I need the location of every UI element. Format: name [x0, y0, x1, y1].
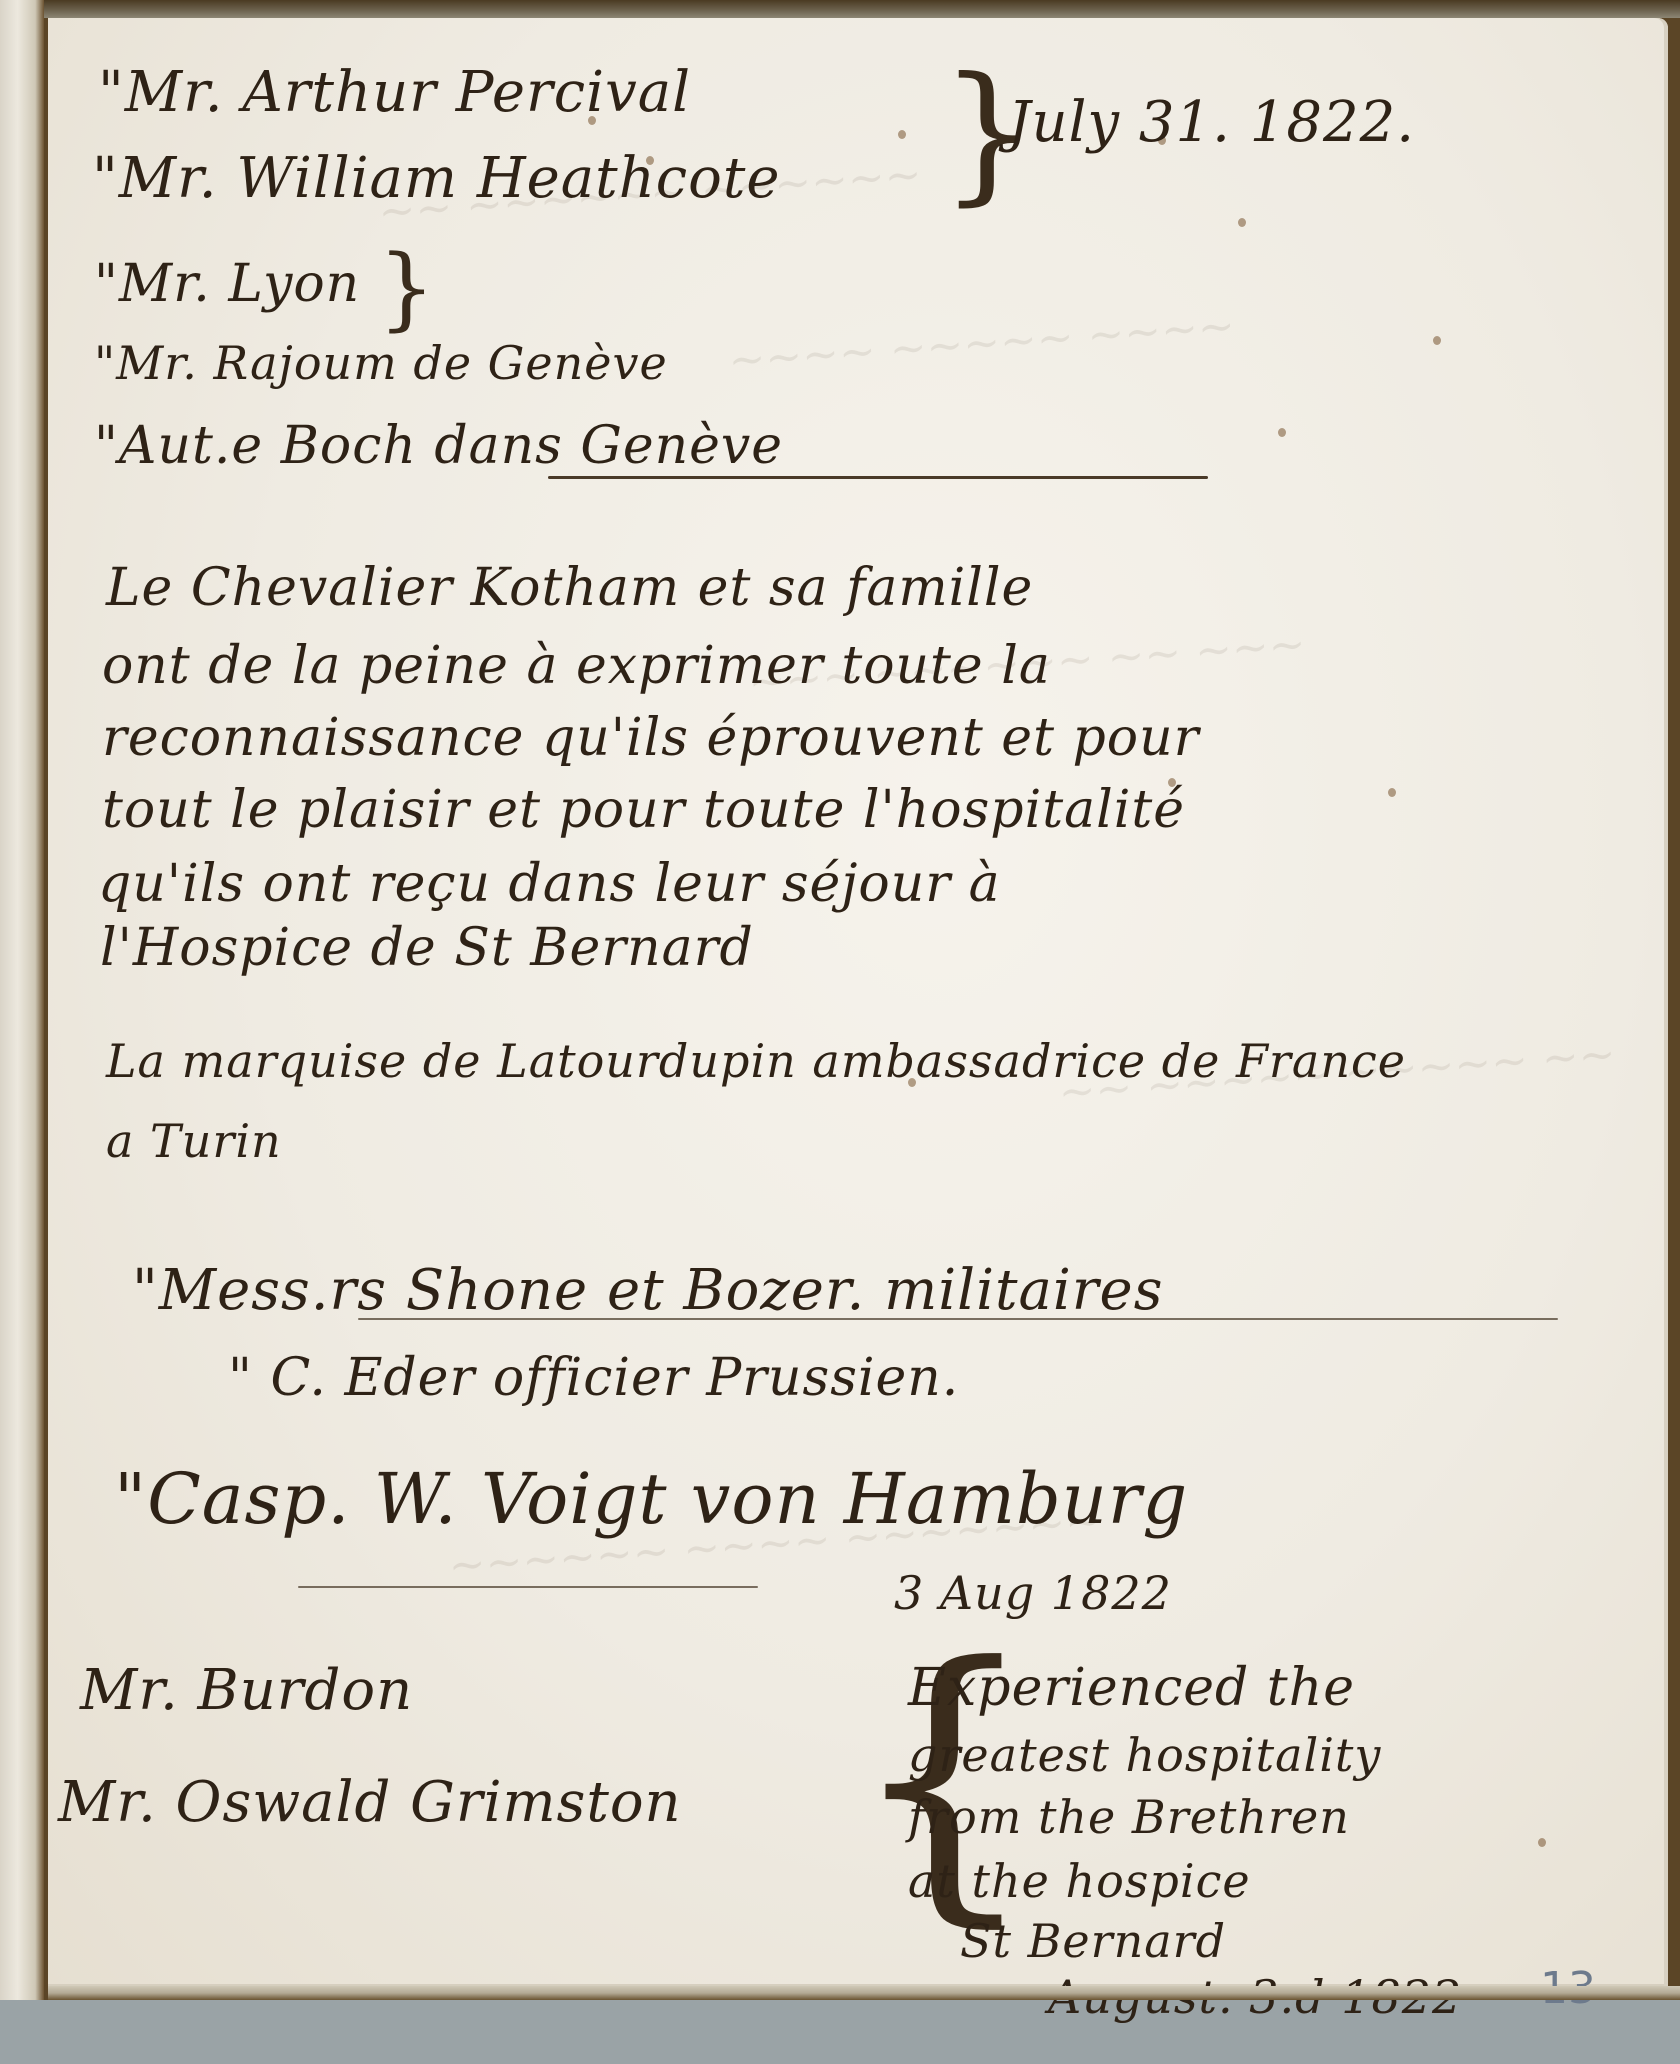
bleed-through-text: ~~~~ ~~~~~ ~~~~ — [727, 300, 1237, 386]
note-line: Experienced the — [908, 1658, 1355, 1718]
entry-line: " C. Eder officier Prussien. — [228, 1348, 959, 1408]
brace-icon: } — [378, 244, 435, 334]
note-line: at the hospice — [908, 1854, 1251, 1908]
underline-rule — [548, 476, 1208, 479]
manuscript-page: ~~ ~~~~~~ ~~~~~~ ~~~~ ~~~~~ ~~~~ ~~~ ~~~… — [48, 18, 1668, 1990]
page-bottom-edge — [48, 1986, 1680, 2000]
entry-line: "Mr. Lyon — [94, 254, 360, 314]
entry-line: "Mr. Rajoum de Genève — [94, 336, 668, 390]
ink-spot — [1538, 1838, 1546, 1847]
entry-line: Mr. Oswald Grimston — [58, 1770, 682, 1835]
underline-rule — [358, 1318, 1558, 1320]
entry-line: "Casp. W. Voigt von Hamburg — [114, 1458, 1188, 1540]
entry-line: "Aut.e Boch dans Genève — [94, 416, 783, 476]
note-line: l'Hospice de St Bernard — [100, 918, 754, 978]
note-line: La marquise de Latourdupin ambassadrice … — [106, 1034, 1406, 1088]
entry-date: July 31. 1822. — [1008, 90, 1415, 155]
page-top-edge — [44, 0, 1680, 18]
underline-rule — [298, 1586, 758, 1588]
entry-line: "Mr. Arthur Percival — [98, 60, 691, 125]
note-line: tout le plaisir et pour toute l'hospital… — [102, 780, 1185, 840]
entry-line: "Mr. William Heathcote — [92, 146, 780, 211]
note-line: from the Brethren — [908, 1790, 1350, 1844]
ink-spot — [1238, 218, 1246, 227]
note-line: St Bernard — [960, 1914, 1226, 1968]
note-line: qu'ils ont reçu dans leur séjour à — [98, 854, 1001, 914]
note-line: ont de la peine à exprimer toute la — [102, 636, 1051, 696]
note-line: Le Chevalier Kotham et sa famille — [106, 558, 1033, 618]
ink-spot — [898, 130, 906, 139]
ink-spot — [1388, 788, 1396, 797]
ink-spot — [1278, 428, 1286, 437]
ink-spot — [1433, 336, 1441, 345]
note-line: a Turin — [106, 1114, 282, 1168]
facing-page-edge — [0, 0, 44, 2000]
note-line: reconnaissance qu'ils éprouvent et pour — [102, 708, 1199, 768]
entry-line: Mr. Burdon — [80, 1658, 413, 1723]
note-line: greatest hospitality — [908, 1728, 1381, 1782]
entry-line: "Mess.rs Shone et Bozer. militaires — [132, 1258, 1163, 1323]
